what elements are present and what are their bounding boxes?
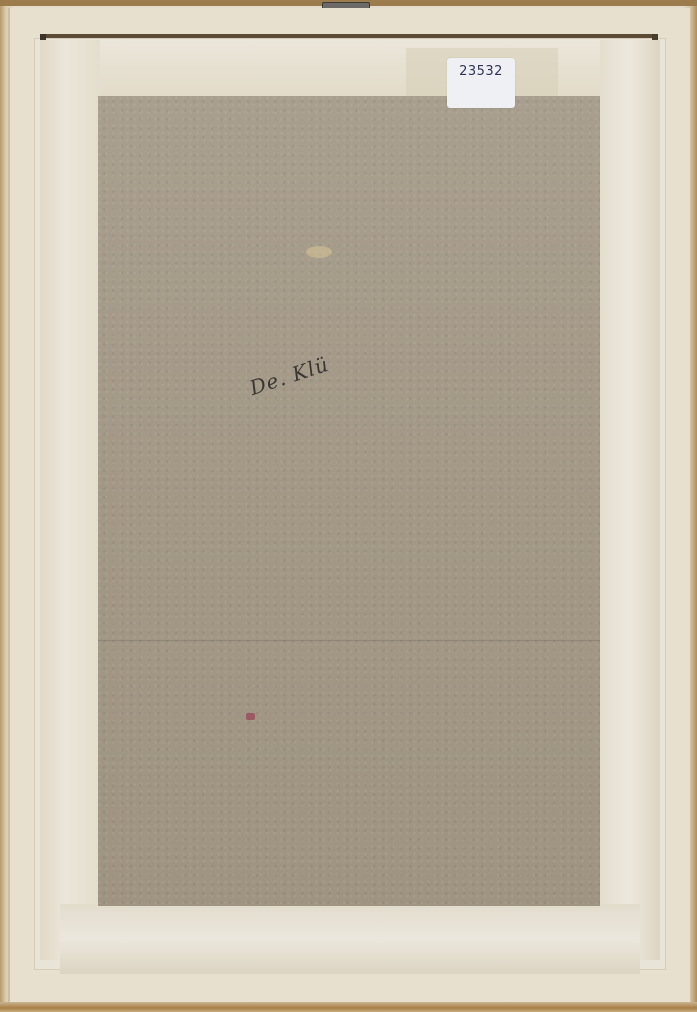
tape-strip-left (40, 40, 102, 960)
red-spot-mark (246, 713, 255, 720)
backing-board (98, 96, 600, 906)
frame-bottom-edge (0, 1002, 697, 1012)
inventory-number: 23532 (447, 64, 515, 79)
tape-strip-right (598, 40, 660, 960)
inventory-label: 23532 (447, 58, 515, 108)
inner-edge-top-shadow (42, 34, 658, 38)
stain-mark (306, 246, 332, 258)
board-seam-line (98, 640, 600, 641)
tape-strip-bottom (60, 904, 640, 974)
